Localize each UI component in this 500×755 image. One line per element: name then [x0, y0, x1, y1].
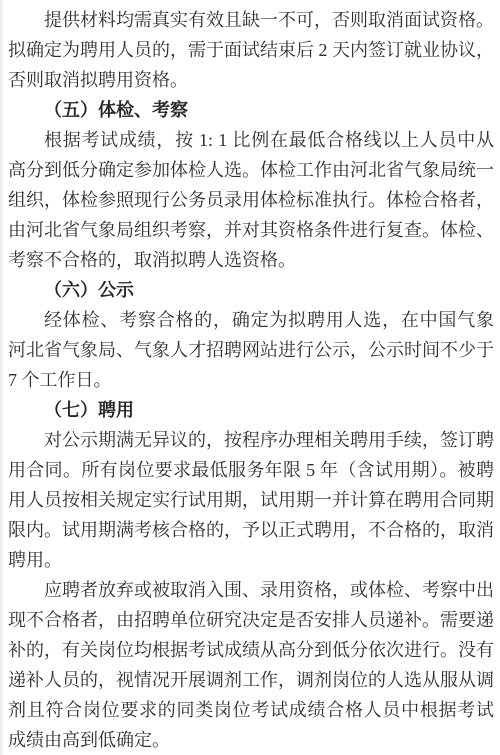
text-line: 用人员按相关规定实行试用期，试用期一并计算在聘用合同期 — [8, 485, 494, 515]
text-line: 递补人员的，视情况开展调剂工作，调剂岗位的人选从服从调 — [8, 665, 494, 695]
text-line: 经体检、考察合格的，确定为拟聘用人选，在中国气象局、 — [8, 305, 494, 335]
text-line: 应聘者放弃或被取消入围、录用资格，或体检、考察中出 — [8, 575, 494, 605]
text-line: 由河北省气象局组织考察，并对其资格条件进行复查。体检、 — [8, 215, 494, 245]
text-line: 现不合格者，由招聘单位研究决定是否安排人员递补。需要递 — [8, 605, 494, 635]
text-line: 对公示期满无异议的，按程序办理相关聘用手续，签订聘 — [8, 425, 494, 455]
section-heading: （七）聘用 — [8, 395, 494, 425]
text-line: 组织，体检参照现行公务员录用体检标准执行。体检合格者， — [8, 185, 494, 215]
text-line: 否则取消拟聘用资格。 — [8, 65, 494, 95]
section-heading: （五）体检、考察 — [8, 95, 494, 125]
text-line: 提供材料均需真实有效且缺一不可，否则取消面试资格。 — [8, 5, 494, 35]
text-line: 聘用。 — [8, 545, 494, 575]
text-line: 剂且符合岗位要求的同类岗位考试成绩合格人员中根据考试 — [8, 695, 494, 725]
text-line: 高分到低分确定参加体检人选。体检工作由河北省气象局统一 — [8, 155, 494, 185]
text-line: 根据考试成绩，按 1: 1 比例在最低合格线以上人员中从 — [8, 125, 494, 155]
section-heading: （六）公示 — [8, 275, 494, 305]
text-line: 考察不合格的，取消拟聘人选资格。 — [8, 245, 494, 275]
text-line: 补的，有关岗位均根据考试成绩从高分到低分依次进行。没有 — [8, 635, 494, 665]
text-line: 拟确定为聘用人员的，需于面试结束后 2 天内签订就业协议， — [8, 35, 494, 65]
text-line: 河北省气象局、气象人才招聘网站进行公示，公示时间不少于 — [8, 335, 494, 365]
page-left-edge-shadow — [0, 0, 5, 755]
text-line: 7 个工作日。 — [8, 365, 494, 395]
text-line: 用合同。所有岗位要求最低服务年限 5 年（含试用期）。被聘 — [8, 455, 494, 485]
text-line: 限内。试用期满考核合格的，予以正式聘用，不合格的，取消 — [8, 515, 494, 545]
document-text: 提供材料均需真实有效且缺一不可，否则取消面试资格。拟确定为聘用人员的，需于面试结… — [8, 5, 494, 755]
text-line: 成绩由高到低确定。 — [8, 725, 494, 755]
document-page: 提供材料均需真实有效且缺一不可，否则取消面试资格。拟确定为聘用人员的，需于面试结… — [0, 0, 500, 755]
